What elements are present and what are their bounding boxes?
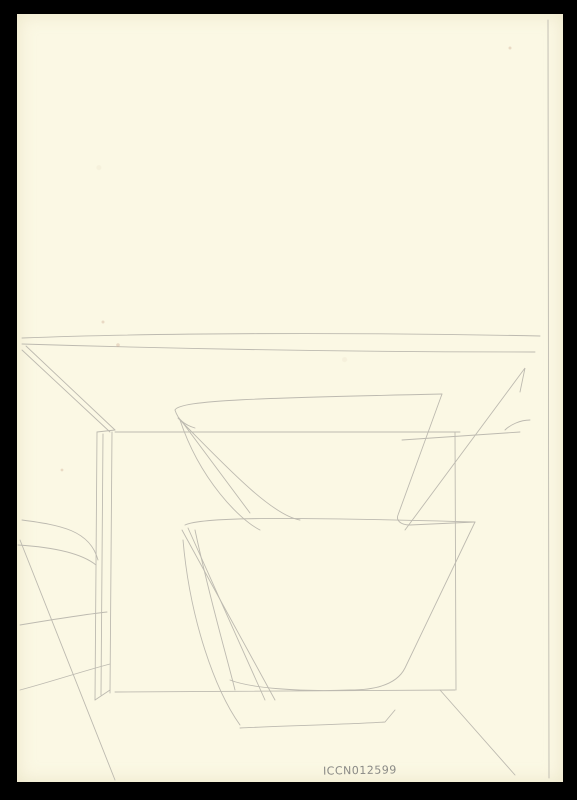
horizon-line — [22, 334, 540, 338]
pencil-drawing — [0, 0, 577, 800]
catalog-number: ICCN012599 — [323, 763, 397, 777]
margin-line — [548, 20, 549, 778]
